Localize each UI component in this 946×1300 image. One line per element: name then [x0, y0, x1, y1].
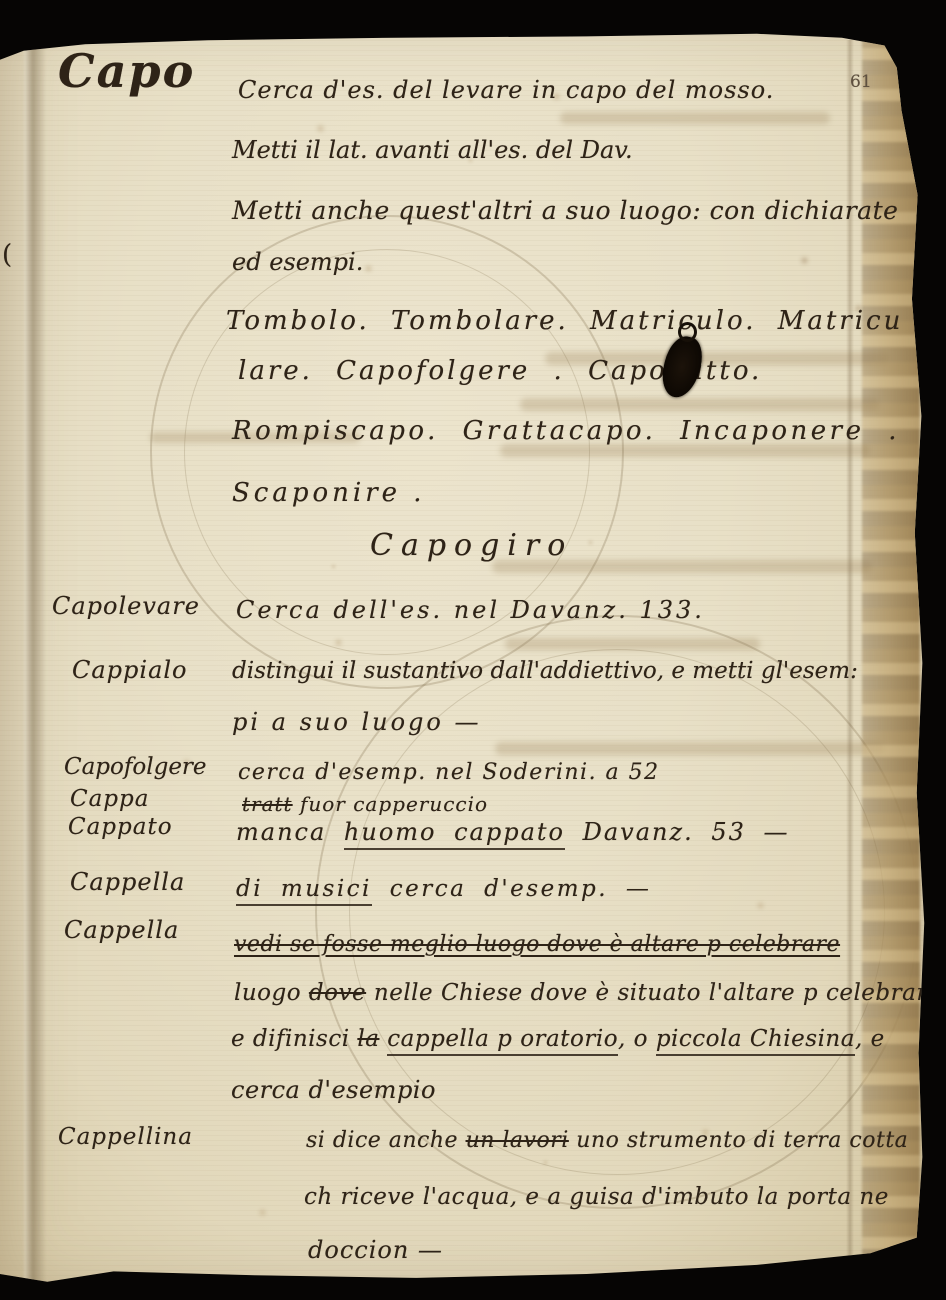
manuscript-line-18: luogo dove nelle Chiese dove è situato l… — [234, 980, 928, 1006]
margin-headword-capolevare: Capolevare — [52, 592, 200, 620]
manuscript-line-15: manca huomo cappato Davanz. 53 — — [236, 818, 790, 846]
verso-ink-bleed — [505, 638, 760, 650]
blind-stamp-circle — [315, 615, 919, 1209]
verso-ink-bleed — [560, 112, 830, 124]
manuscript-line-3: Metti anche quest'altri a suo luogo: con… — [232, 196, 898, 225]
text-segment: Cerca d'es. del levare in capo del mosso… — [238, 76, 774, 104]
text-segment: ed esempi. — [232, 248, 363, 276]
text-segment: uno strumento di terra cotta — [569, 1128, 909, 1153]
manuscript-line-21: si dice anche un lavori uno strumento di… — [306, 1128, 908, 1153]
manuscript-line-12: pi a suo luogo — — [232, 708, 481, 736]
text-segment: pi a suo luogo — — [232, 708, 481, 736]
text-segment: un lavori — [466, 1128, 569, 1153]
manuscript-line-16: di musici cerca d'esemp. — — [236, 876, 651, 902]
text-segment: doccion — — [308, 1236, 443, 1264]
manuscript-line-23: doccion — — [308, 1236, 443, 1264]
text-segment: Scaponire . — [232, 478, 426, 508]
text-segment: Metti il lat. avanti all'es. del Dav. — [232, 136, 633, 164]
manuscript-line-8: Scaponire . — [232, 478, 426, 508]
text-segment: huomo cappato — [344, 818, 565, 850]
margin-headword-cappella-2: Cappella — [64, 916, 179, 944]
text-segment: Davanz. 53 — — [565, 818, 790, 846]
text-segment: cerca d'esemp. nel Soderini. a 52 — [238, 760, 660, 785]
text-segment: Metti anche quest'altri a suo luogo: con… — [232, 196, 898, 225]
manuscript-line-14: tratt fuor capperuccio — [242, 792, 488, 816]
stray-ink-mark: ( — [2, 240, 12, 270]
manuscript-line-19: e difinisci la cappella p oratorio, o pi… — [231, 1026, 885, 1052]
manuscript-line-17-struck: vedi se fosse meglio luogo dove è altare… — [234, 932, 840, 957]
text-segment: la — [357, 1026, 379, 1052]
text-segment: manca — [236, 818, 344, 846]
manuscript-line-7: Rompiscapo. Grattacapo. Incaponere . — [232, 416, 900, 446]
text-segment: si dice anche — [306, 1128, 466, 1153]
page-number: 61 — [850, 72, 872, 92]
manuscript-scan: 61 Capo ( Capolevare Cappialo Capofolger… — [0, 0, 946, 1300]
text-segment: Cerca dell'es. nel Davanz. 133. — [236, 596, 705, 624]
ink-blot — [657, 333, 707, 402]
text-segment: cerca d'esemp. — — [372, 876, 651, 902]
manuscript-page: 61 Capo ( Capolevare Cappialo Capofolger… — [0, 0, 946, 1300]
margin-headword-capo: Capo — [58, 44, 195, 98]
text-segment: , e — [855, 1026, 885, 1052]
manuscript-line-22: ch riceve l'acqua, e a guisa d'imbuto la… — [304, 1184, 889, 1210]
text-segment: vedi se fosse meglio luogo dove è altare… — [234, 932, 840, 957]
manuscript-line-13: cerca d'esemp. nel Soderini. a 52 — [238, 760, 660, 785]
text-segment: , o — [618, 1026, 656, 1052]
text-segment: Tombolo. Tombolare. Matriculo. Matricu — [226, 306, 903, 336]
margin-headword-cappella-1: Cappella — [70, 868, 185, 896]
margin-headword-capofolgere: Capofolgere — [64, 754, 207, 780]
text-segment: cappella p oratorio — [387, 1026, 618, 1056]
text-segment: tratt — [242, 792, 293, 816]
gutter-crease — [24, 0, 46, 1300]
verso-ink-bleed — [520, 398, 880, 411]
margin-headword-cappialo: Cappialo — [72, 656, 188, 684]
paper-texture — [0, 0, 946, 1300]
text-segment: nelle Chiese dove è situato l'altare p c… — [366, 980, 928, 1006]
manuscript-line-2: Metti il lat. avanti all'es. del Dav. — [232, 136, 633, 164]
margin-headword-cappellina: Cappellina — [58, 1124, 193, 1150]
foxing-spots — [0, 0, 1, 1]
manuscript-line-20: cerca d'esempio — [231, 1076, 436, 1104]
margin-headword-cappa: Cappa — [70, 786, 149, 812]
text-segment: luogo — [234, 980, 309, 1006]
text-segment: fuor capperuccio — [293, 792, 488, 816]
manuscript-line-10: Cerca dell'es. nel Davanz. 133. — [236, 596, 705, 624]
text-segment: piccola Chiesina — [656, 1026, 855, 1056]
ink-blot-dot — [678, 322, 697, 342]
text-segment: di musici — [236, 876, 372, 906]
text-segment: ch riceve l'acqua, e a guisa d'imbuto la… — [304, 1184, 889, 1210]
manuscript-line-4: ed esempi. — [232, 248, 363, 276]
manuscript-line-11: distingui il sustantivo dall'addiettivo,… — [232, 658, 858, 684]
centered-headword-capogiro: Capogiro — [370, 528, 573, 563]
manuscript-line-1: Cerca d'es. del levare in capo del mosso… — [238, 76, 774, 104]
text-segment: cerca d'esempio — [231, 1076, 436, 1104]
text-segment: dove — [309, 980, 366, 1006]
verso-ink-bleed — [495, 742, 885, 755]
text-segment: Capogiro — [370, 528, 573, 563]
text-segment: e difinisci — [231, 1026, 357, 1052]
margin-headword-cappato: Cappato — [68, 814, 173, 840]
manuscript-line-5: Tombolo. Tombolare. Matriculo. Matricu — [226, 306, 903, 336]
text-segment: Rompiscapo. Grattacapo. Incaponere . — [232, 416, 900, 446]
text-segment: distingui il sustantivo dall'addiettivo,… — [232, 658, 858, 684]
